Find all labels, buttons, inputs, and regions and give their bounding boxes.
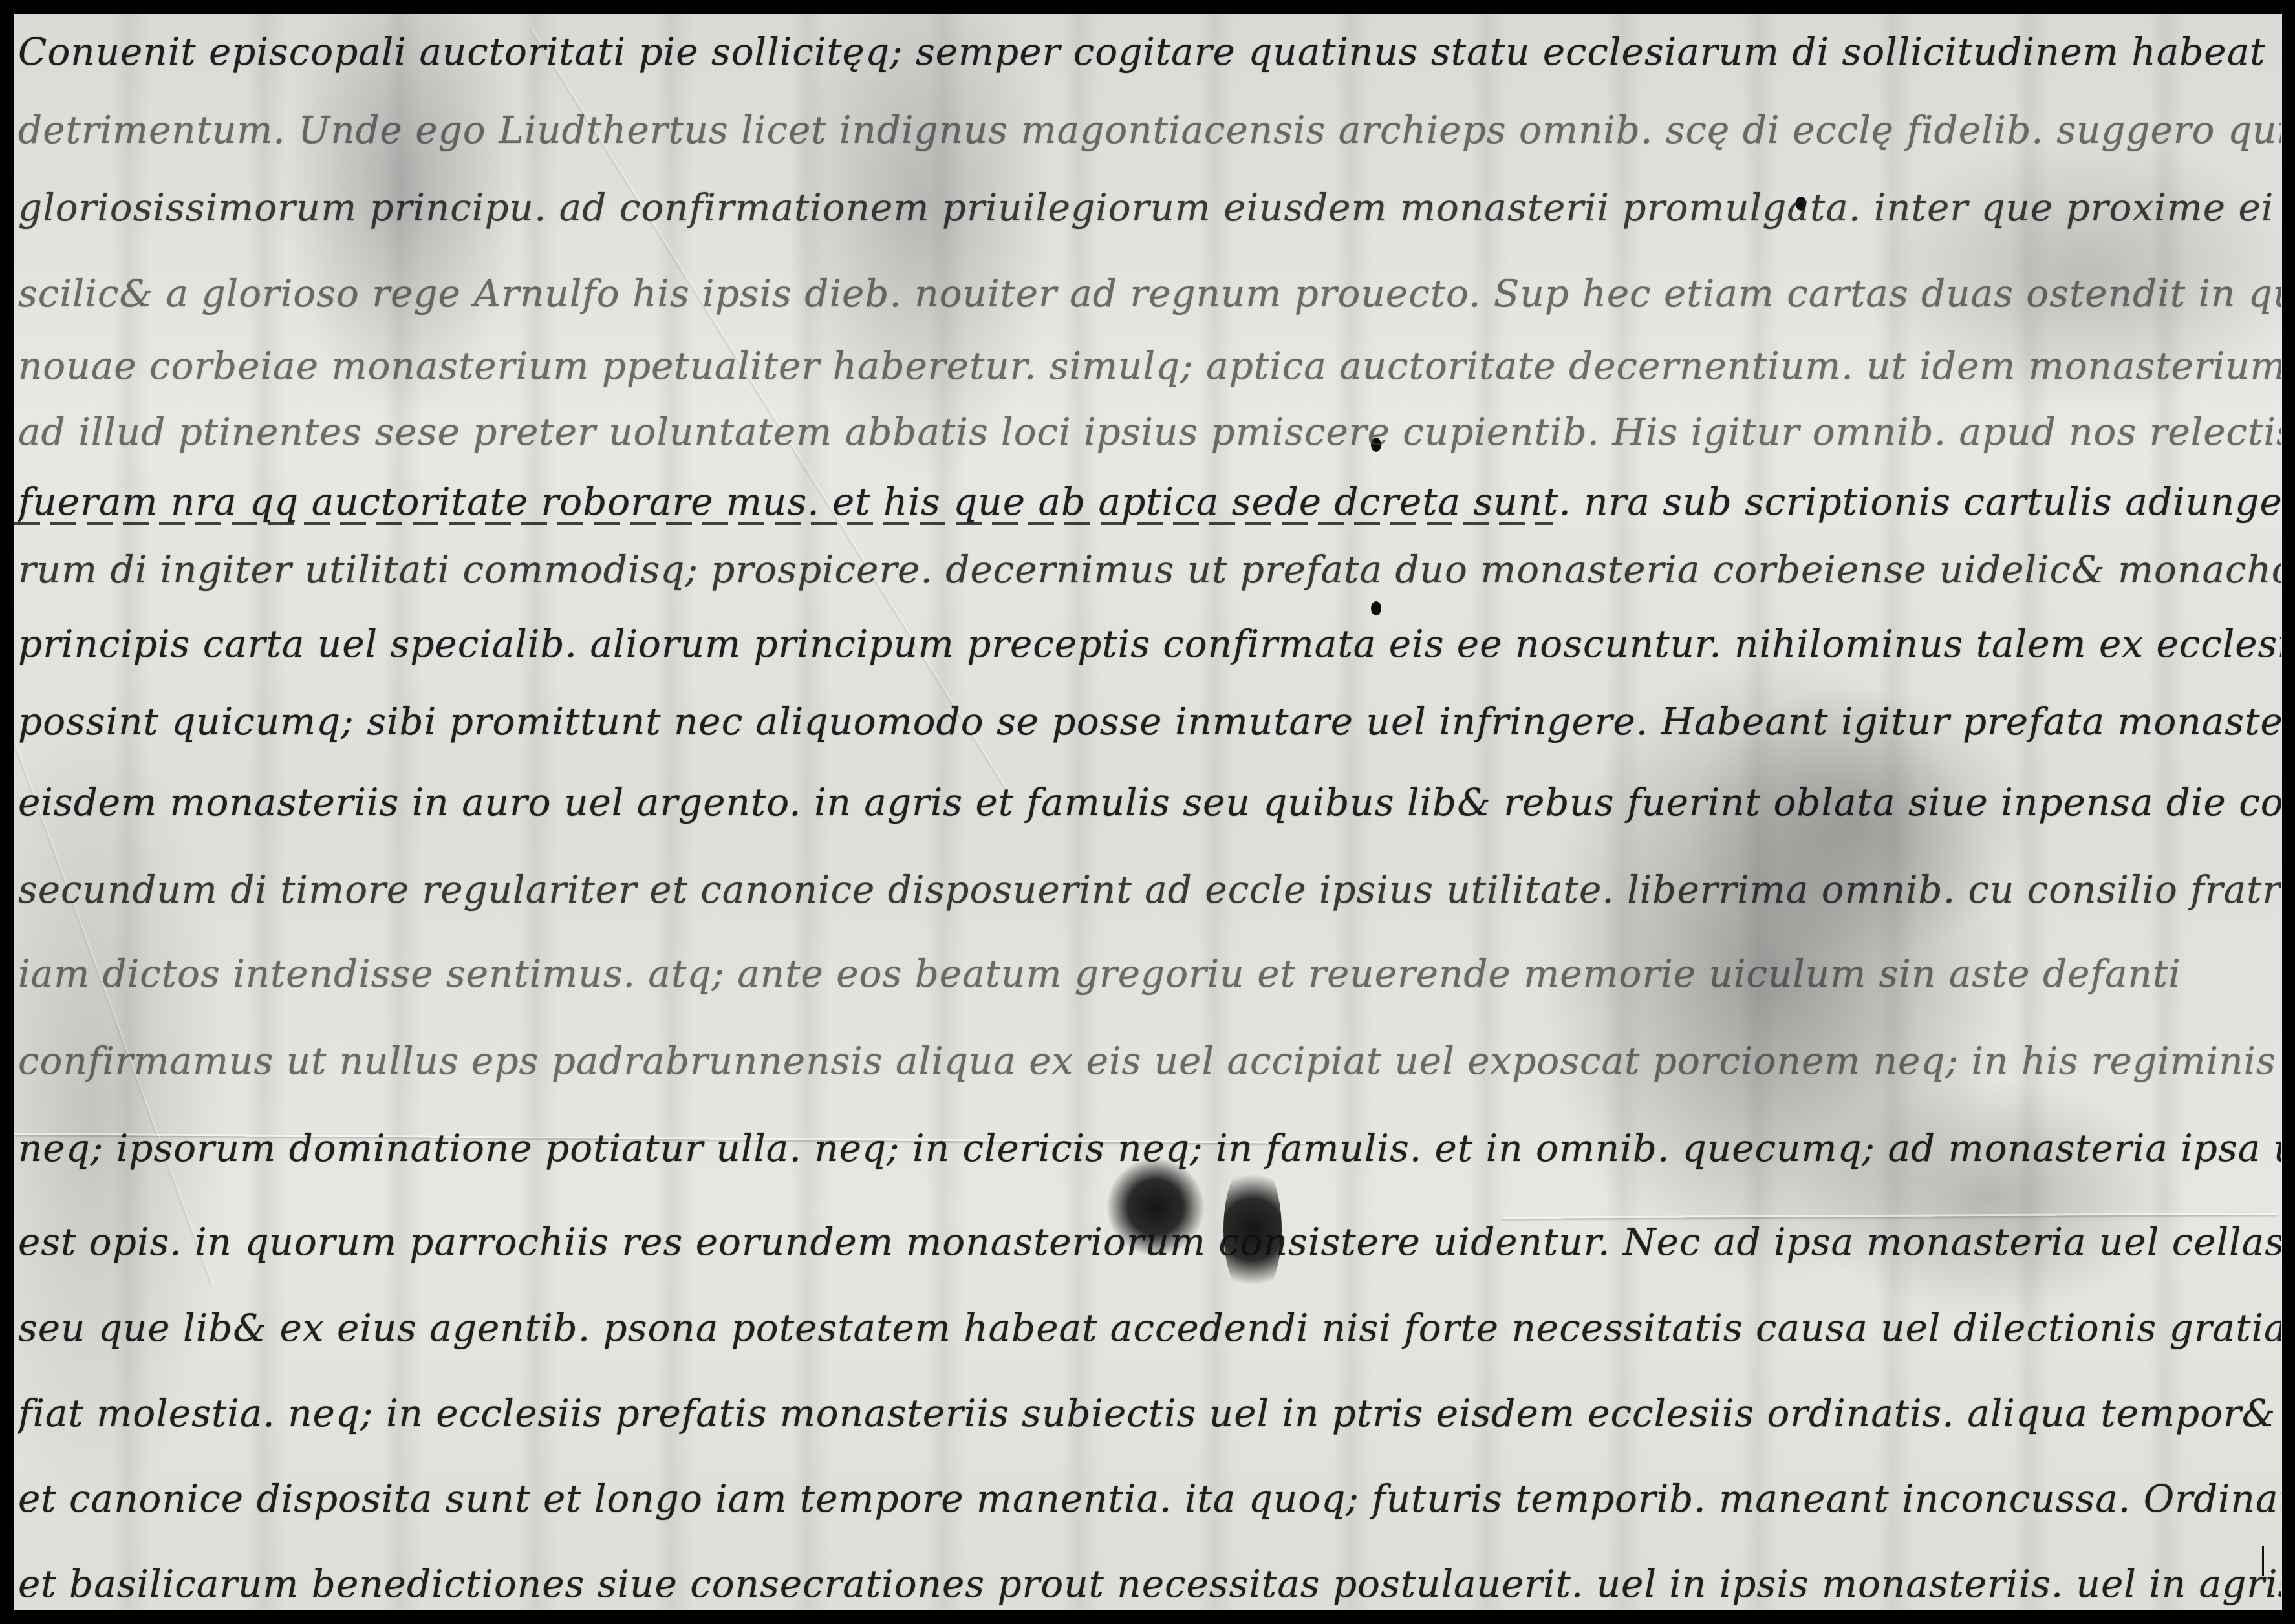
text-line-13: iam dictos intendisse sentimus. atq; ant… xyxy=(18,952,2281,996)
parchment-sheet: Conuenit episcopali auctoritati pie soll… xyxy=(14,14,2282,1610)
text-line-20: et basilicarum benedictiones siue consec… xyxy=(18,1562,2281,1606)
text-line-14: confirmamus ut nullus eps padrabrunnensi… xyxy=(18,1039,2281,1083)
text-line-18: fiat molestia. neq; in ecclesiis prefati… xyxy=(18,1391,2281,1435)
text-line-12: secundum di timore regulariter et canoni… xyxy=(18,868,2281,912)
text-line-17: seu que lib& ex eius agentib. psona pote… xyxy=(18,1306,2281,1350)
text-line-11: eisdem monasteriis in auro uel argento. … xyxy=(18,780,2281,824)
text-line-10: possint quicumq; sibi promittunt nec ali… xyxy=(18,700,2281,743)
text-line-6: ad illud ptinentes sese preter uoluntate… xyxy=(18,410,2281,454)
text-line-2: detrimentum. Unde ego Liudthertus licet … xyxy=(18,108,2281,152)
text-line-9: principis carta uel specialib. aliorum p… xyxy=(18,622,2281,666)
text-line-15: neq; ipsorum dominatione potiatur ulla. … xyxy=(18,1126,2281,1170)
text-line-19: et canonice disposita sunt et longo iam … xyxy=(18,1477,2281,1521)
text-line-1: Conuenit episcopali auctoritati pie soll… xyxy=(18,30,2281,74)
manuscript-text: Conuenit episcopali auctoritati pie soll… xyxy=(14,14,2282,1610)
text-line-5: nouae corbeiae monasterium ppetualiter h… xyxy=(18,344,2281,388)
text-line-8: rum di ingiter utilitati commodisq; pros… xyxy=(18,548,2281,592)
text-line-3: gloriosissimorum principu. ad confirmati… xyxy=(18,186,2281,230)
text-line-7: fueram nra qq auctoritate roborare mus. … xyxy=(18,480,2281,524)
text-line-4: scilic& a glorioso rege Arnulfo his ipsi… xyxy=(18,272,2281,315)
text-line-16: est opis. in quorum parrochiis res eorun… xyxy=(18,1220,2281,1264)
